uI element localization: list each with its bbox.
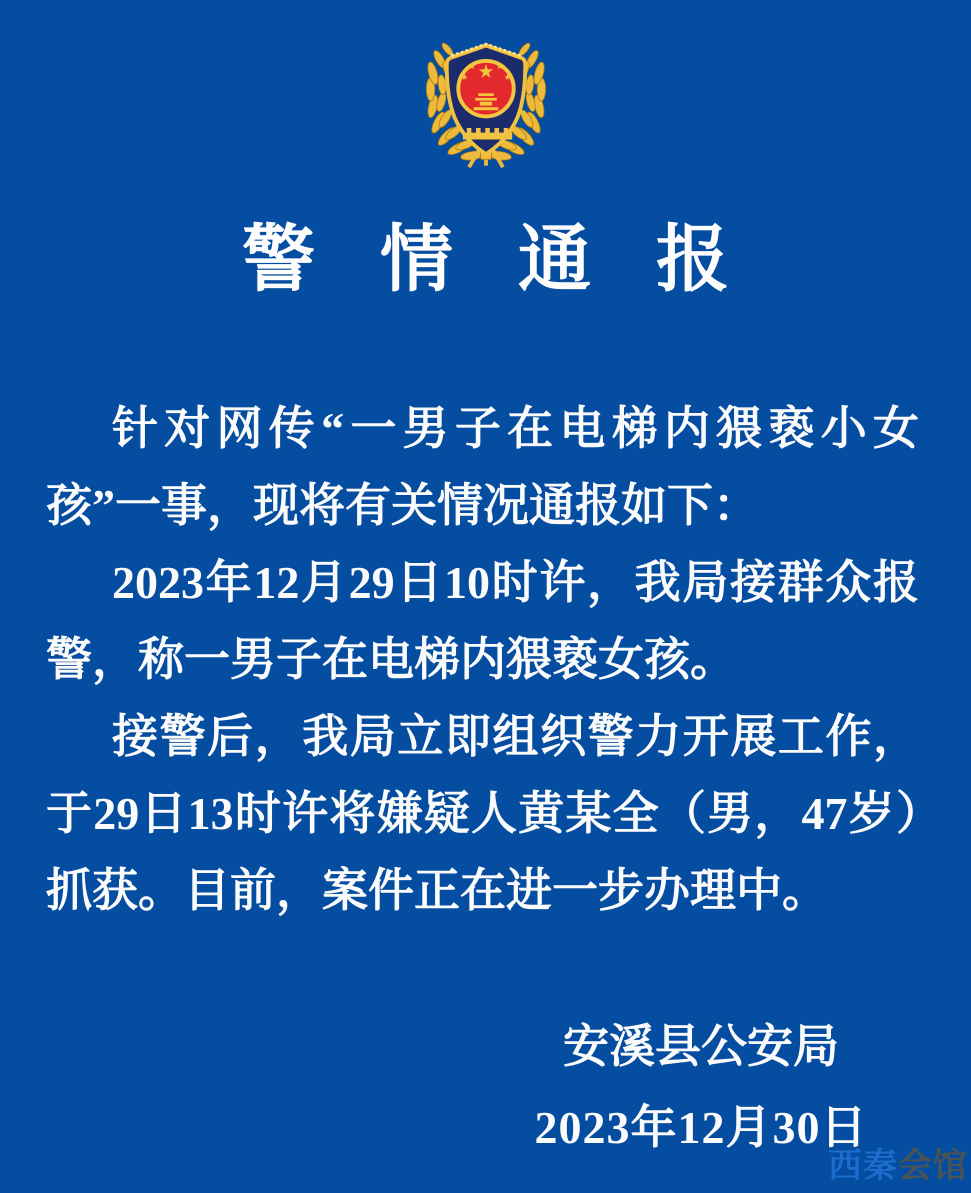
watermark-secondary: 会馆 bbox=[898, 1147, 968, 1185]
watermark-primary: 西秦 bbox=[828, 1147, 898, 1185]
paragraph-2: 2023年12月29日10时许，我局接群众报警，称一男子在电梯内猥亵女孩。 bbox=[46, 544, 919, 698]
signature-block: 安溪县公安局 2023年12月30日 bbox=[491, 1023, 911, 1152]
notice-title: 警 情 通 报 bbox=[0, 220, 971, 300]
police-badge-icon bbox=[409, 24, 563, 178]
paragraph-1: 针对网传“一男子在电梯内猥亵小女孩”一事，现将有关情况通报如下： bbox=[46, 390, 919, 544]
paragraph-3: 接警后，我局立即组织警力开展工作，于29日13时许将嫌疑人黄某全（男，47岁）抓… bbox=[46, 698, 919, 929]
watermark: 西秦会馆 bbox=[828, 1138, 968, 1187]
notice-body: 针对网传“一男子在电梯内猥亵小女孩”一事，现将有关情况通报如下： 2023年12… bbox=[0, 390, 971, 929]
great-wall bbox=[462, 128, 511, 140]
police-notice-poster: 警 情 通 报 针对网传“一男子在电梯内猥亵小女孩”一事，现将有关情况通报如下：… bbox=[0, 0, 971, 1193]
signature-agency: 安溪县公安局 bbox=[491, 1023, 911, 1071]
emblem-container bbox=[0, 0, 971, 178]
